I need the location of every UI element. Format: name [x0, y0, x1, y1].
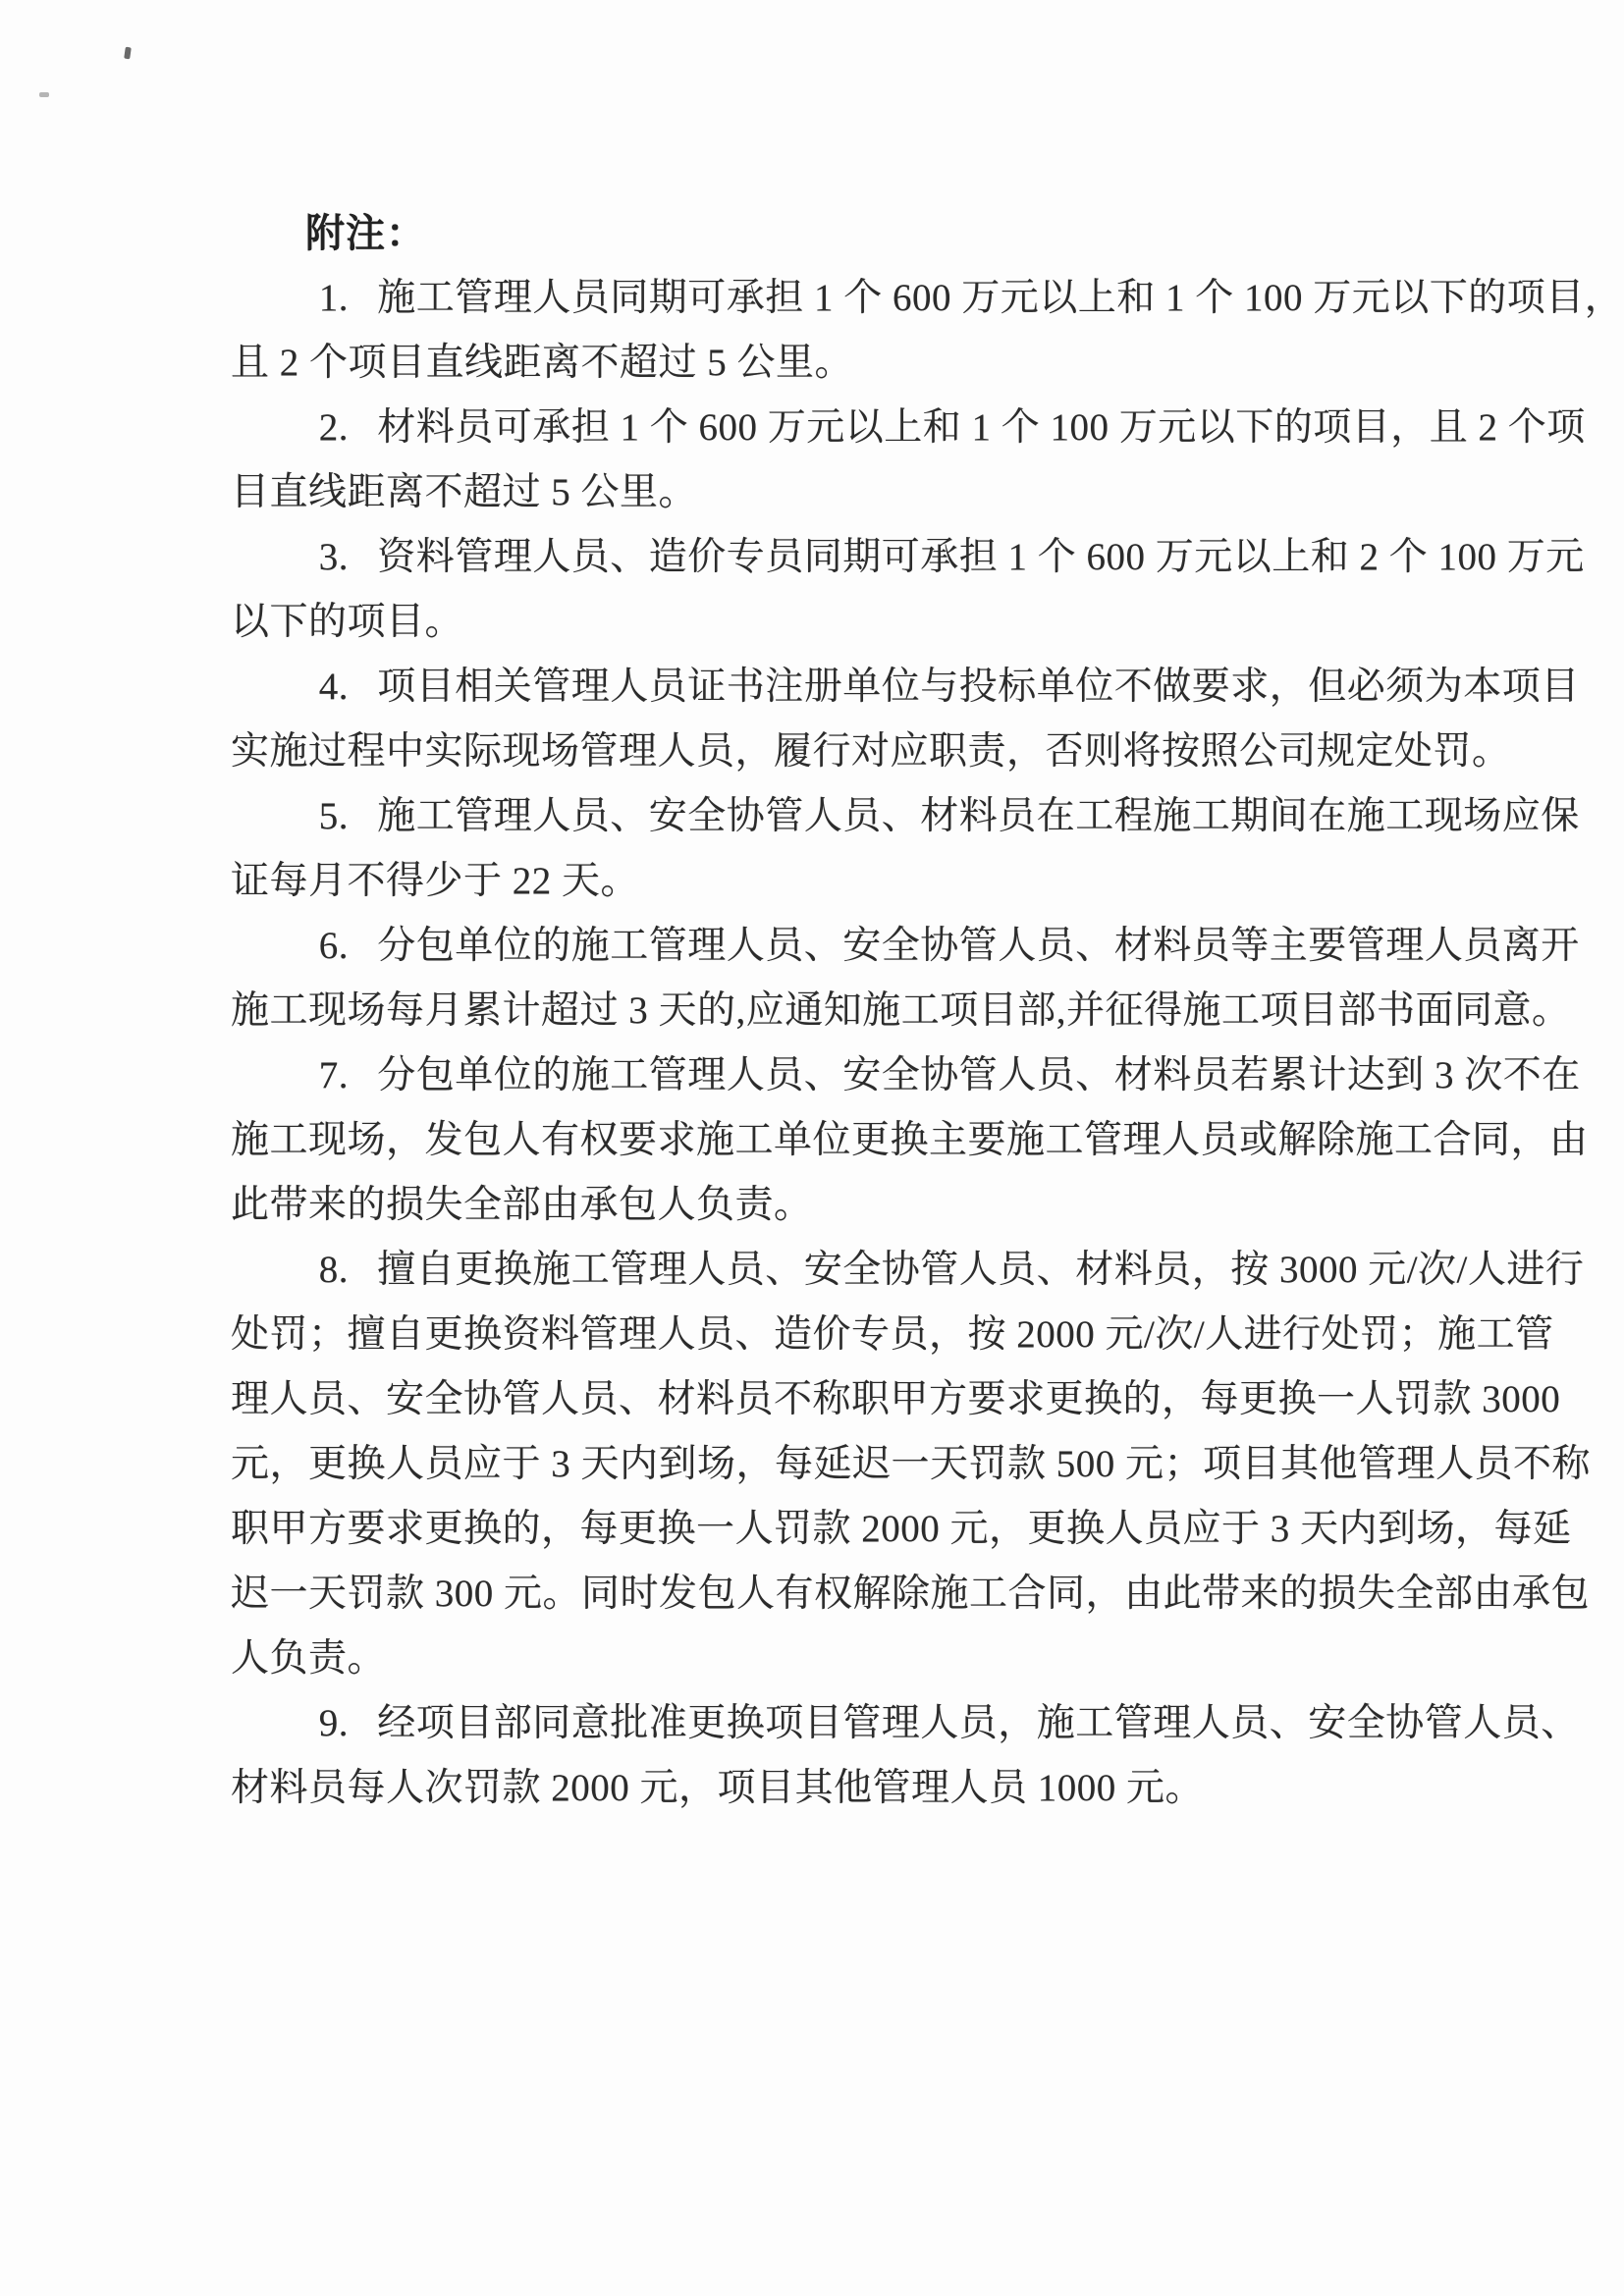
scanned-document-page: 附注： 1.施工管理人员同期可承担 1 个 600 万元以上和 1 个 100 … [0, 0, 1624, 2296]
notes-section: 附注： 1.施工管理人员同期可承担 1 个 600 万元以上和 1 个 100 … [231, 201, 1499, 1821]
note-text: 分包单位的施工管理人员、安全协管人员、材料员等主要管理人员离开 [377, 925, 1580, 967]
note-line: 职甲方要求更换的，每更换一人罚款 2000 元，更换人员应于 3 天内到场，每延 [231, 1497, 1499, 1562]
note-line: 7.分包单位的施工管理人员、安全协管人员、材料员若累计达到 3 次不在 [231, 1043, 1499, 1108]
scan-speck [39, 92, 49, 97]
note-number: 1. [319, 277, 349, 319]
note-line: 且 2 个项目直线距离不超过 5 公里。 [231, 331, 1499, 396]
note-number: 8. [319, 1249, 349, 1291]
note-line: 1.施工管理人员同期可承担 1 个 600 万元以上和 1 个 100 万元以下… [231, 266, 1499, 331]
note-line: 证每月不得少于 22 天。 [231, 849, 1499, 914]
note-item-2: 2.材料员可承担 1 个 600 万元以上和 1 个 100 万元以下的项目，且… [231, 396, 1499, 525]
note-text: 经项目部同意批准更换项目管理人员，施工管理人员、安全协管人员、 [377, 1702, 1580, 1744]
note-line: 9.经项目部同意批准更换项目管理人员，施工管理人员、安全协管人员、 [231, 1691, 1499, 1756]
note-item-9: 9.经项目部同意批准更换项目管理人员，施工管理人员、安全协管人员、 材料员每人次… [231, 1691, 1499, 1821]
notes-heading: 附注： [231, 201, 1499, 266]
note-item-1: 1.施工管理人员同期可承担 1 个 600 万元以上和 1 个 100 万元以下… [231, 266, 1499, 396]
note-text: 资料管理人员、造价专员同期可承担 1 个 600 万元以上和 2 个 100 万… [377, 536, 1585, 578]
note-number: 4. [319, 666, 349, 708]
note-item-7: 7.分包单位的施工管理人员、安全协管人员、材料员若累计达到 3 次不在 施工现场… [231, 1043, 1499, 1238]
note-number: 6. [319, 925, 349, 967]
note-line: 人负责。 [231, 1627, 1499, 1691]
note-line: 材料员每人次罚款 2000 元，项目其他管理人员 1000 元。 [231, 1756, 1499, 1821]
note-line: 3.资料管理人员、造价专员同期可承担 1 个 600 万元以上和 2 个 100… [231, 525, 1499, 590]
note-line: 处罚；擅自更换资料管理人员、造价专员，按 2000 元/次/人进行处罚；施工管 [231, 1303, 1499, 1367]
note-number: 5. [319, 795, 349, 837]
note-text: 施工管理人员同期可承担 1 个 600 万元以上和 1 个 100 万元以下的项… [377, 277, 1623, 319]
note-text: 擅自更换施工管理人员、安全协管人员、材料员，按 3000 元/次/人进行 [377, 1249, 1584, 1291]
note-text: 项目相关管理人员证书注册单位与投标单位不做要求，但必须为本项目 [377, 666, 1580, 708]
note-number: 2. [319, 406, 349, 449]
note-line: 8.擅自更换施工管理人员、安全协管人员、材料员，按 3000 元/次/人进行 [231, 1238, 1499, 1303]
note-line: 元，更换人员应于 3 天内到场，每延迟一天罚款 500 元；项目其他管理人员不称 [231, 1432, 1499, 1497]
note-line: 5.施工管理人员、安全协管人员、材料员在工程施工期间在施工现场应保 [231, 784, 1499, 849]
note-line: 4.项目相关管理人员证书注册单位与投标单位不做要求，但必须为本项目 [231, 655, 1499, 720]
note-item-3: 3.资料管理人员、造价专员同期可承担 1 个 600 万元以上和 2 个 100… [231, 525, 1499, 655]
note-line: 以下的项目。 [231, 590, 1499, 655]
note-line: 6.分包单位的施工管理人员、安全协管人员、材料员等主要管理人员离开 [231, 914, 1499, 979]
note-line: 理人员、安全协管人员、材料员不称职甲方要求更换的，每更换一人罚款 3000 [231, 1367, 1499, 1432]
scan-speck [124, 47, 132, 60]
note-line: 施工现场，发包人有权要求施工单位更换主要施工管理人员或解除施工合同，由 [231, 1108, 1499, 1173]
note-line: 2.材料员可承担 1 个 600 万元以上和 1 个 100 万元以下的项目，且… [231, 396, 1499, 460]
note-text: 材料员可承担 1 个 600 万元以上和 1 个 100 万元以下的项目，且 2… [377, 406, 1586, 449]
note-line: 目直线距离不超过 5 公里。 [231, 460, 1499, 525]
note-text: 分包单位的施工管理人员、安全协管人员、材料员若累计达到 3 次不在 [377, 1054, 1581, 1096]
note-line: 实施过程中实际现场管理人员，履行对应职责，否则将按照公司规定处罚。 [231, 720, 1499, 784]
note-line: 施工现场每月累计超过 3 天的,应通知施工项目部,并征得施工项目部书面同意。 [231, 979, 1499, 1043]
note-item-6: 6.分包单位的施工管理人员、安全协管人员、材料员等主要管理人员离开 施工现场每月… [231, 914, 1499, 1043]
note-number: 7. [319, 1054, 349, 1096]
note-line: 迟一天罚款 300 元。同时发包人有权解除施工合同，由此带来的损失全部由承包 [231, 1562, 1499, 1627]
note-number: 9. [319, 1702, 349, 1744]
note-item-8: 8.擅自更换施工管理人员、安全协管人员、材料员，按 3000 元/次/人进行 处… [231, 1238, 1499, 1691]
note-text: 施工管理人员、安全协管人员、材料员在工程施工期间在施工现场应保 [377, 795, 1580, 837]
note-line: 此带来的损失全部由承包人负责。 [231, 1173, 1499, 1238]
note-item-5: 5.施工管理人员、安全协管人员、材料员在工程施工期间在施工现场应保 证每月不得少… [231, 784, 1499, 914]
note-number: 3. [319, 536, 349, 578]
note-item-4: 4.项目相关管理人员证书注册单位与投标单位不做要求，但必须为本项目 实施过程中实… [231, 655, 1499, 784]
